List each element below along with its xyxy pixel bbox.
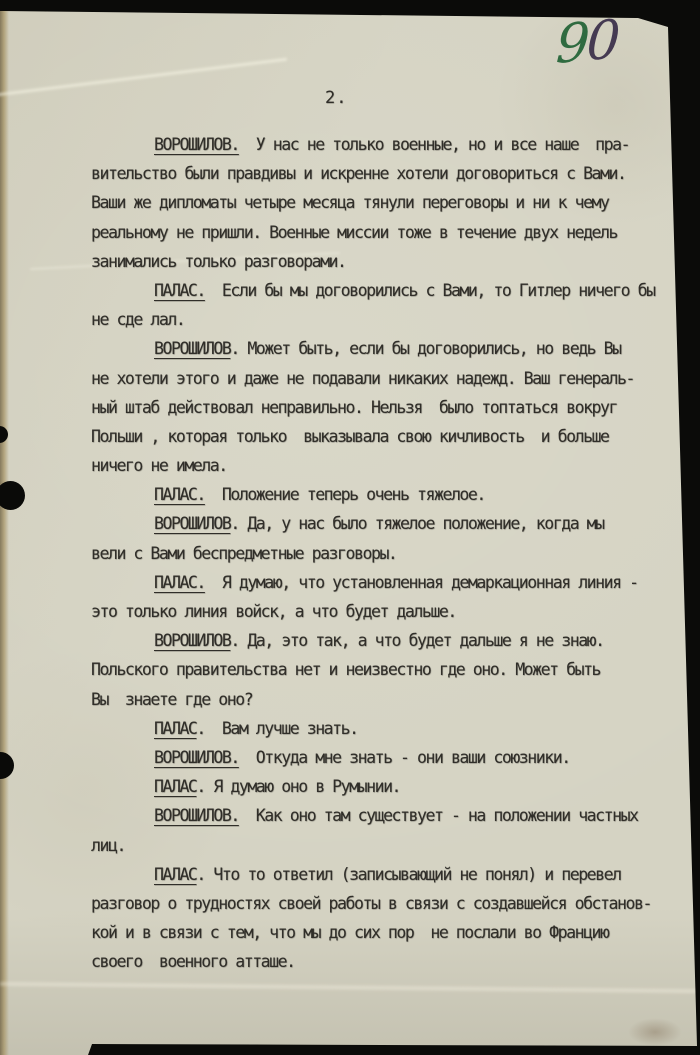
scanned-document-page: { "document": { "archive_page_number": {… bbox=[0, 0, 700, 1055]
text-line: Ваши же дипломаты четыре месяца тянули п… bbox=[91, 188, 663, 217]
text-line: не сде лал. bbox=[91, 305, 663, 334]
text-line: Польского правительства нет и неизвестно… bbox=[91, 655, 663, 684]
speaker-name: ВОРОШИЛОВ. bbox=[154, 135, 239, 154]
text-line: вели с Вами беспредметные разговоры. bbox=[91, 539, 663, 568]
speaker-name: ВОРОШИЛОВ bbox=[154, 339, 230, 358]
text-line: разговор о трудностях своей работы в свя… bbox=[91, 889, 663, 918]
text-line: ный штаб действовал неправильно. Нельзя … bbox=[91, 393, 663, 422]
speaker-name: ПАЛАС. bbox=[154, 281, 205, 300]
text-line: это только линия войск, а что будет даль… bbox=[91, 597, 663, 626]
speaker-name: ПАЛАС. bbox=[154, 485, 205, 504]
paper-stain bbox=[628, 1018, 682, 1046]
text-line: не хотели этого и даже не подавали никак… bbox=[91, 364, 663, 393]
text-line: ВОРОШИЛОВ. Как оно там существует - на п… bbox=[91, 801, 663, 830]
text-line: занимались только разговорами. bbox=[91, 247, 663, 276]
text-line: ПАЛАС. Что то ответил (записывающий не п… bbox=[91, 860, 663, 889]
text-line: ничего не имела. bbox=[91, 451, 663, 480]
text-line: своего военного атташе. bbox=[91, 947, 663, 976]
speaker-name: ПАЛАС bbox=[154, 865, 196, 884]
handwritten-archive-number: 90 bbox=[555, 9, 619, 76]
text-line: Польши , которая только выказывала свою … bbox=[91, 422, 663, 451]
speaker-name: ПАЛАС bbox=[154, 777, 196, 796]
text-line: ПАЛАС. Вам лучше знать. bbox=[91, 714, 663, 743]
speaker-name: ПАЛАС bbox=[154, 719, 196, 738]
typewritten-page-number: 2. bbox=[325, 88, 347, 108]
text-line: ПАЛАС. Я думаю, что установленная демарк… bbox=[91, 568, 663, 597]
paper-crease bbox=[0, 982, 700, 992]
speaker-name: ВОРОШИЛОВ. bbox=[154, 806, 239, 825]
handwritten-digit: 0 bbox=[585, 9, 619, 73]
page-left-edge-shadow bbox=[0, 9, 9, 1055]
text-line: ПАЛАС. Положение теперь очень тяжелое. bbox=[91, 480, 663, 509]
speaker-name: ВОРОШИЛОВ. bbox=[154, 748, 239, 767]
paper-crease bbox=[0, 58, 287, 98]
text-line: лиц. bbox=[91, 831, 663, 860]
paper-sheet: 90 2. ВОРОШИЛОВ. У нас не только военные… bbox=[0, 0, 700, 1055]
speaker-name: ВОРОШИЛОВ bbox=[154, 514, 230, 533]
text-line: ВОРОШИЛОВ. Откуда мне знать - они ваши с… bbox=[91, 743, 663, 772]
text-line: кой и в связи с тем, что мы до сих пор н… bbox=[91, 918, 663, 947]
text-line: реальному не пришли. Военные миссии тоже… bbox=[91, 218, 663, 247]
text-line: ВОРОШИЛОВ. У нас не только военные, но и… bbox=[91, 130, 663, 159]
text-line: ВОРОШИЛОВ. Да, у нас было тяжелое положе… bbox=[91, 509, 663, 538]
text-line: ПАЛАС. Если бы мы договорились с Вами, т… bbox=[91, 276, 663, 305]
text-line: ВОРОШИЛОВ. Да, это так, а что будет даль… bbox=[91, 626, 663, 655]
speaker-name: ПАЛАС. bbox=[154, 573, 205, 592]
text-line: ВОРОШИЛОВ. Может быть, если бы договорил… bbox=[91, 334, 663, 363]
text-line: Вы знаете где оно? bbox=[91, 685, 663, 714]
text-line: вительство были правдивы и искренне хоте… bbox=[91, 159, 663, 188]
text-line: ПАЛАС. Я думаю оно в Румынии. bbox=[91, 772, 663, 801]
typewritten-text-block: ВОРОШИЛОВ. У нас не только военные, но и… bbox=[91, 130, 663, 976]
handwritten-digit: 9 bbox=[555, 12, 589, 76]
speaker-name: ВОРОШИЛОВ bbox=[154, 631, 230, 650]
